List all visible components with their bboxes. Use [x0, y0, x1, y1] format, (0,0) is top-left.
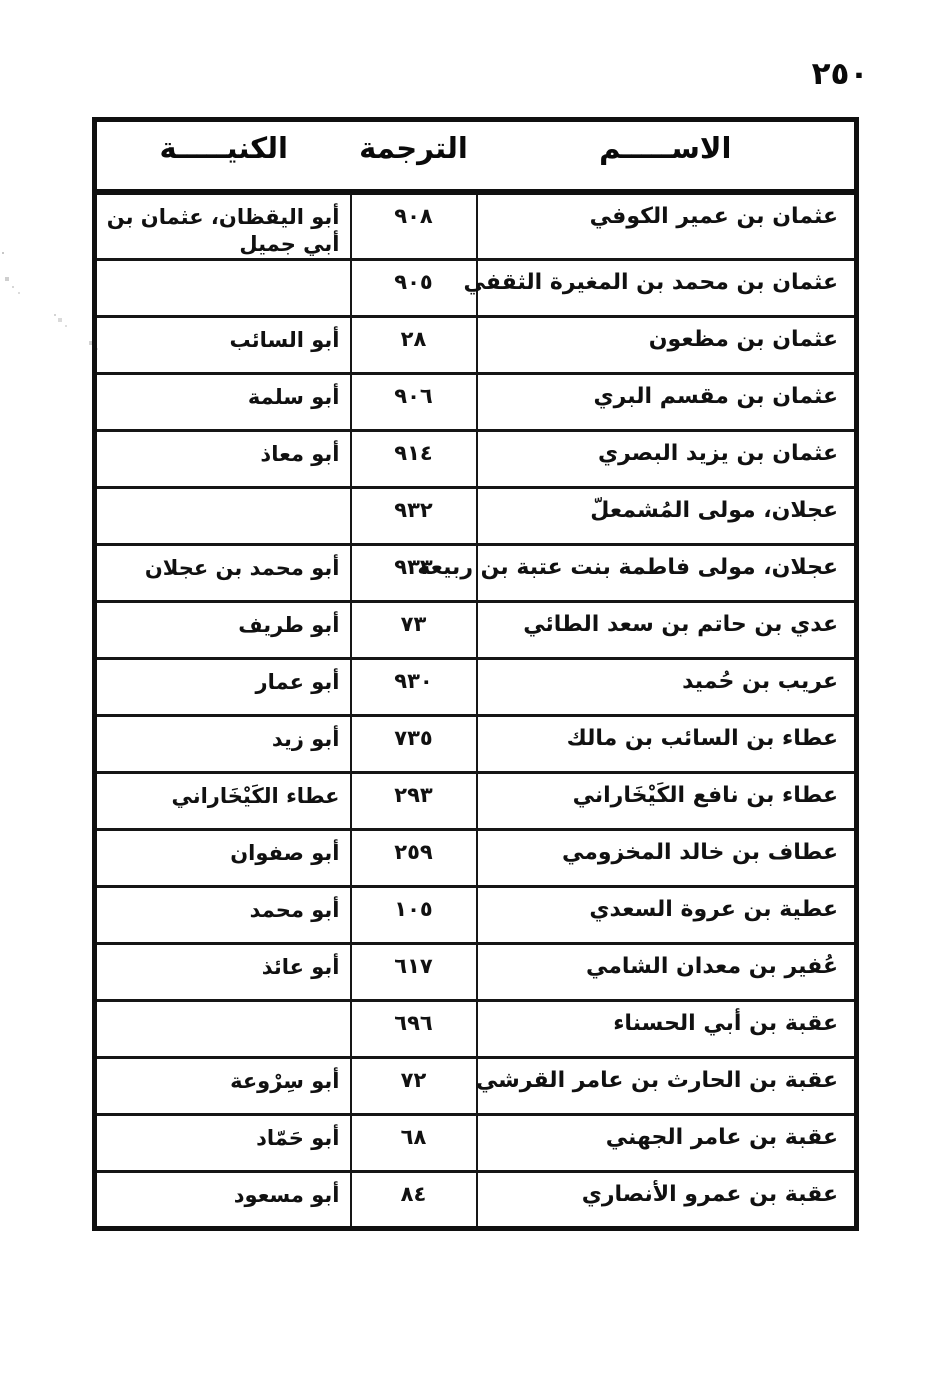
name-text: عدي بن حاتم بن سعد الطائي — [523, 612, 838, 637]
entry-number-text: ٦١٧ — [394, 954, 432, 978]
name-text: عريب بن حُميد — [682, 669, 838, 694]
table-row: عقبة بن أبي الحسناء ٦٩٦ — [95, 1001, 857, 1058]
name-cell: عريب بن حُميد — [477, 659, 857, 716]
entry-number-cell: ١٠٥ — [351, 887, 477, 944]
entry-number-text: ٦٨ — [401, 1125, 427, 1149]
entry-number-cell: ٧٣٥ — [351, 716, 477, 773]
kunya-text: أبو حَمّاد — [256, 1126, 339, 1150]
kunya-cell: أبو عمار — [95, 659, 351, 716]
name-cell: عطاف بن خالد المخزومي — [477, 830, 857, 887]
kunya-cell: أبو اليقظان، عثمان بن أبي جميل — [95, 192, 351, 260]
entry-number-text: ٢٥٩ — [394, 840, 432, 864]
name-cell: عقبة بن عامر الجهني — [477, 1115, 857, 1172]
kunya-cell — [95, 488, 351, 545]
kunya-text: أبو محمد — [250, 898, 340, 922]
entry-number-text: ٢٨ — [401, 327, 427, 351]
name-text: عثمان بن محمد بن المغيرة الثقفي — [464, 270, 838, 295]
kunya-cell — [95, 1001, 351, 1058]
header-row: الاســـــم الترجمة الكنيـــــة — [95, 120, 857, 192]
name-cell: عدي بن حاتم بن سعد الطائي — [477, 602, 857, 659]
table-row: عُفير بن معدان الشامي ٦١٧ أبو عائذ — [95, 944, 857, 1001]
kunya-text: أبو عمار — [256, 670, 340, 694]
roster-body: عثمان بن عمير الكوفي ٩٠٨ أبو اليقظان، عث… — [95, 192, 857, 1229]
kunya-cell: أبو محمد — [95, 887, 351, 944]
table-row: عقبة بن عامر الجهني ٦٨ أبو حَمّاد — [95, 1115, 857, 1172]
kunya-cell: أبو سِرْوعة — [95, 1058, 351, 1115]
entry-number-cell: ٦١٧ — [351, 944, 477, 1001]
kunya-text: عطاء الكَيْخَاراني — [171, 784, 339, 808]
header-entry-column: الترجمة — [351, 120, 477, 192]
name-text: عثمان بن مقسم البري — [593, 384, 838, 409]
table-row: عثمان بن مظعون ٢٨ أبو السائب — [95, 317, 857, 374]
name-cell: عثمان بن مظعون — [477, 317, 857, 374]
entry-number-cell: ٨٤ — [351, 1172, 477, 1229]
roster-table: الاســـــم الترجمة الكنيـــــة عثمان بن … — [92, 117, 859, 1231]
kunya-cell: أبو محمد بن عجلان — [95, 545, 351, 602]
name-text: عجلان، مولى فاطمة بنت عتبة بن ربيعة — [417, 555, 838, 580]
name-text: عُفير بن معدان الشامي — [586, 954, 838, 979]
kunya-cell: أبو عائذ — [95, 944, 351, 1001]
kunya-text: أبو سلمة — [248, 385, 340, 409]
kunya-text: أبو صفوان — [230, 841, 339, 865]
name-text: عطاء بن السائب بن مالك — [567, 726, 838, 751]
entry-number-cell: ٢٥٩ — [351, 830, 477, 887]
kunya-text: أبو محمد بن عجلان — [145, 556, 340, 580]
name-text: عجلان، مولى المُشمعلّ — [590, 498, 838, 523]
table-row: عريب بن حُميد ٩٣٠ أبو عمار — [95, 659, 857, 716]
name-cell: عثمان بن يزيد البصري — [477, 431, 857, 488]
kunya-text: أبو معاذ — [260, 442, 339, 466]
entry-number-text: ٩٣٢ — [394, 498, 432, 522]
name-text: عثمان بن مظعون — [649, 327, 838, 352]
name-cell: عجلان، مولى فاطمة بنت عتبة بن ربيعة — [477, 545, 857, 602]
table-row: عثمان بن يزيد البصري ٩١٤ أبو معاذ — [95, 431, 857, 488]
entry-number-text: ٧٣ — [401, 612, 427, 636]
kunya-cell: أبو صفوان — [95, 830, 351, 887]
name-text: عطية بن عروة السعدي — [589, 897, 838, 922]
table-row: عطية بن عروة السعدي ١٠٥ أبو محمد — [95, 887, 857, 944]
kunya-cell: أبو السائب — [95, 317, 351, 374]
page-number: ٢٥٠ — [806, 56, 874, 92]
name-text: عثمان بن عمير الكوفي — [590, 204, 838, 229]
entry-number-cell: ٩٠٦ — [351, 374, 477, 431]
table-row: عثمان بن مقسم البري ٩٠٦ أبو سلمة — [95, 374, 857, 431]
table-row: عجلان، مولى المُشمعلّ ٩٣٢ — [95, 488, 857, 545]
table-row: عثمان بن محمد بن المغيرة الثقفي ٩٠٥ — [95, 260, 857, 317]
entry-number-text: ٩٠٦ — [394, 384, 432, 408]
kunya-text: أبو سِرْوعة — [230, 1069, 339, 1093]
entry-number-text: ٧٢ — [401, 1068, 427, 1092]
name-cell: عجلان، مولى المُشمعلّ — [477, 488, 857, 545]
entry-number-cell: ٩١٤ — [351, 431, 477, 488]
name-cell: عثمان بن عمير الكوفي — [477, 192, 857, 260]
scanned-book-page: ٢٥٠ الاســـــم الترجمة الكنيـــــة عثمان… — [0, 0, 952, 1388]
kunya-cell: أبو معاذ — [95, 431, 351, 488]
entry-number-cell: ٧٢ — [351, 1058, 477, 1115]
kunya-cell: أبو سلمة — [95, 374, 351, 431]
entry-number-text: ١٠٥ — [394, 897, 432, 921]
entry-number-cell: ٩٣٠ — [351, 659, 477, 716]
kunya-text: أبو زيد — [272, 727, 340, 751]
entry-number-text: ٩٠٨ — [394, 204, 432, 228]
kunya-cell: أبو طريف — [95, 602, 351, 659]
table-row: عقبة بن عمرو الأنصاري ٨٤ أبو مسعود — [95, 1172, 857, 1229]
kunya-cell: عطاء الكَيْخَاراني — [95, 773, 351, 830]
table-row: عجلان، مولى فاطمة بنت عتبة بن ربيعة ٩٣٣ … — [95, 545, 857, 602]
name-cell: عطاء بن نافع الكَيْخَاراني — [477, 773, 857, 830]
header-name-column: الاســـــم — [477, 120, 857, 192]
name-text: عطاء بن نافع الكَيْخَاراني — [573, 783, 838, 808]
entry-number-cell: ٩٣٢ — [351, 488, 477, 545]
name-cell: عطاء بن السائب بن مالك — [477, 716, 857, 773]
entry-number-text: ٨٤ — [401, 1182, 427, 1206]
kunya-text: أبو اليقظان، عثمان بن أبي جميل — [107, 205, 340, 256]
entry-number-cell: ٢٩٣ — [351, 773, 477, 830]
entry-number-text: ٧٣٥ — [394, 726, 432, 750]
table-row: عطاء بن السائب بن مالك ٧٣٥ أبو زيد — [95, 716, 857, 773]
name-text: عقبة بن الحارث بن عامر القرشي — [476, 1068, 838, 1093]
entry-number-text: ٩٠٥ — [394, 270, 432, 294]
name-cell: عقبة بن أبي الحسناء — [477, 1001, 857, 1058]
entry-number-cell: ٢٨ — [351, 317, 477, 374]
entry-number-text: ٢٩٣ — [394, 783, 432, 807]
kunya-text: أبو طريف — [238, 613, 339, 637]
kunya-text: أبو عائذ — [262, 955, 340, 979]
entry-number-text: ٦٩٦ — [394, 1011, 432, 1035]
name-cell: عقبة بن الحارث بن عامر القرشي — [477, 1058, 857, 1115]
kunya-cell: أبو مسعود — [95, 1172, 351, 1229]
table-row: عدي بن حاتم بن سعد الطائي ٧٣ أبو طريف — [95, 602, 857, 659]
name-cell: عقبة بن عمرو الأنصاري — [477, 1172, 857, 1229]
entry-number-text: ٩١٤ — [394, 441, 432, 465]
name-cell: عطية بن عروة السعدي — [477, 887, 857, 944]
name-text: عقبة بن أبي الحسناء — [613, 1011, 838, 1036]
scan-artifact — [2, 252, 4, 254]
kunya-cell: أبو حَمّاد — [95, 1115, 351, 1172]
entry-number-cell: ٦٩٦ — [351, 1001, 477, 1058]
entry-number-cell: ٩٠٨ — [351, 192, 477, 260]
name-text: عقبة بن عامر الجهني — [606, 1125, 838, 1150]
entry-number-cell: ٦٨ — [351, 1115, 477, 1172]
table-row: عقبة بن الحارث بن عامر القرشي ٧٢ أبو سِر… — [95, 1058, 857, 1115]
kunya-text: أبو مسعود — [234, 1183, 340, 1207]
entry-number-text: ٩٣٠ — [394, 669, 432, 693]
name-text: عثمان بن يزيد البصري — [598, 441, 838, 466]
entry-number-text: ٩٣٣ — [394, 555, 432, 579]
name-cell: عثمان بن محمد بن المغيرة الثقفي — [477, 260, 857, 317]
table-row: عطاف بن خالد المخزومي ٢٥٩ أبو صفوان — [95, 830, 857, 887]
table-row: عثمان بن عمير الكوفي ٩٠٨ أبو اليقظان، عث… — [95, 192, 857, 260]
entry-number-cell: ٩٠٥ — [351, 260, 477, 317]
name-text: عقبة بن عمرو الأنصاري — [582, 1182, 838, 1207]
name-cell: عُفير بن معدان الشامي — [477, 944, 857, 1001]
name-text: عطاف بن خالد المخزومي — [562, 840, 838, 865]
kunya-text: أبو السائب — [229, 328, 339, 352]
table-row: عطاء بن نافع الكَيْخَاراني ٢٩٣ عطاء الكَ… — [95, 773, 857, 830]
kunya-cell — [95, 260, 351, 317]
name-cell: عثمان بن مقسم البري — [477, 374, 857, 431]
kunya-cell: أبو زيد — [95, 716, 351, 773]
entry-number-cell: ٧٣ — [351, 602, 477, 659]
header-kunya-column: الكنيـــــة — [95, 120, 351, 192]
